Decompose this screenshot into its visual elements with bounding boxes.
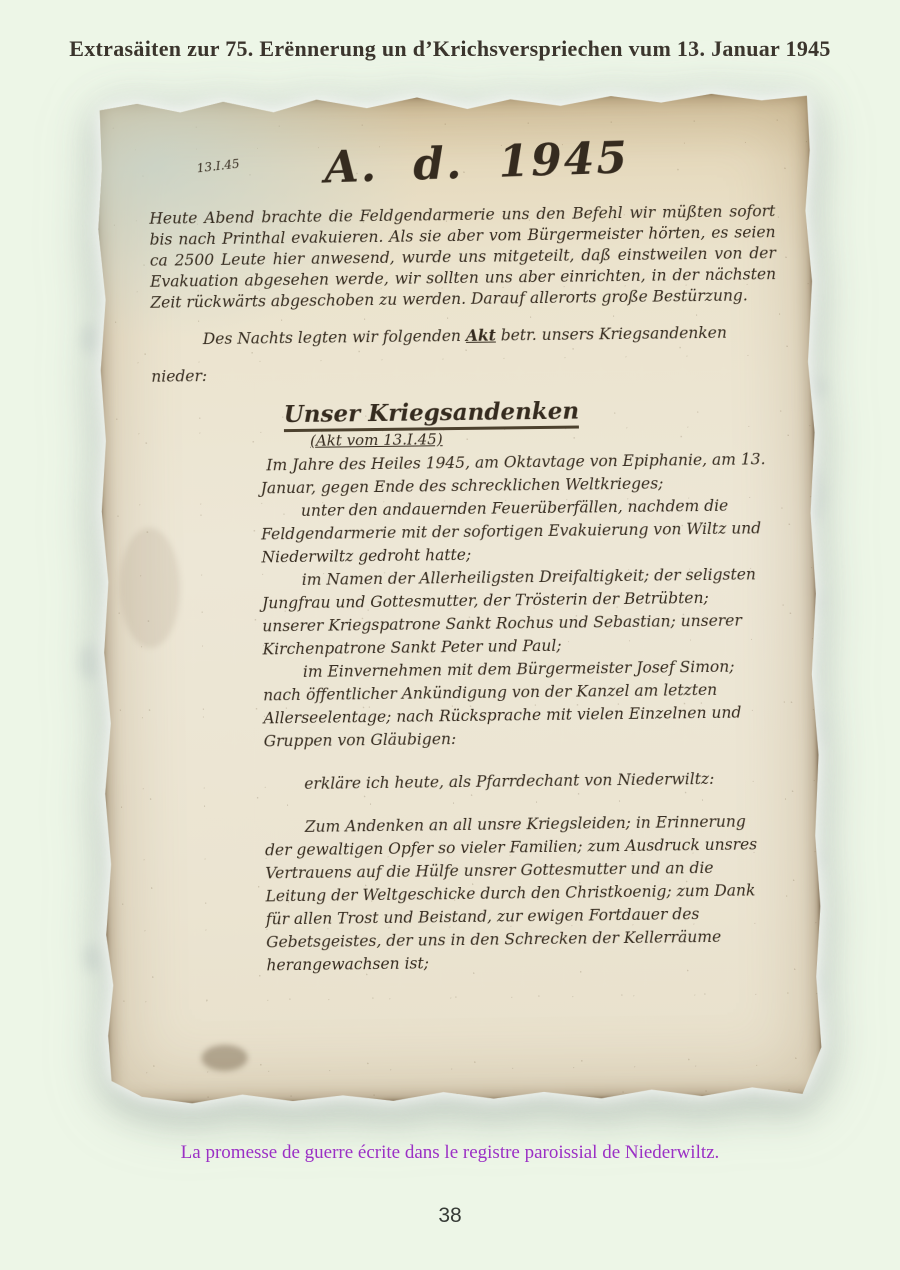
act-paragraph: unter den andauernden Feuerüberfällen, n… xyxy=(261,494,768,569)
night-line-underlined-word: Akt xyxy=(466,326,496,345)
aged-paper-sheet: 13.I.45 A. d. 1945 Heute Abend brachte d… xyxy=(94,90,824,1107)
act-paragraph: Im Jahre des Heiles 1945, am Oktavtage v… xyxy=(260,448,767,500)
manuscript-night-line: Des Nachts legten wir folgenden Akt betr… xyxy=(151,321,777,351)
manuscript-year-heading: A. d. 1945 xyxy=(148,128,775,200)
act-paragraph: im Namen der Allerheiligsten Dreifaltigk… xyxy=(262,563,769,661)
manuscript-paper: 13.I.45 A. d. 1945 Heute Abend brachte d… xyxy=(94,90,824,1107)
ghost-ink-smudge xyxy=(84,944,104,972)
night-line-post: betr. unsers Kriegsandenken xyxy=(496,324,727,345)
act-title: Unser Kriegsandenken xyxy=(284,398,580,433)
act-paragraph: Zum Andenken an all unsre Kriegsleiden; … xyxy=(265,810,773,977)
photo-caption: La promesse de guerre écrite dans le reg… xyxy=(0,1142,900,1164)
act-paragraph: im Einvernehmen mit dem Bürgermeister Jo… xyxy=(263,655,770,753)
ink-stain xyxy=(201,1045,247,1072)
manuscript-photo: 13.I.45 A. d. 1945 Heute Abend brachte d… xyxy=(88,84,830,1114)
page-title: Extrasäiten zur 75. Erënnerung un d’Kric… xyxy=(0,36,900,62)
act-paragraph: erkläre ich heute, als Pfarrdechant von … xyxy=(264,767,770,796)
page-number: 38 xyxy=(0,1204,900,1228)
manuscript-night-line-end: nieder: xyxy=(151,359,777,388)
act-text-block: Im Jahre des Heiles 1945, am Oktavtage v… xyxy=(260,448,772,977)
manuscript-opening-paragraph: Heute Abend brachte die Feldgendarmerie … xyxy=(149,201,776,314)
night-line-pre: Des Nachts legten wir folgenden xyxy=(203,327,466,348)
